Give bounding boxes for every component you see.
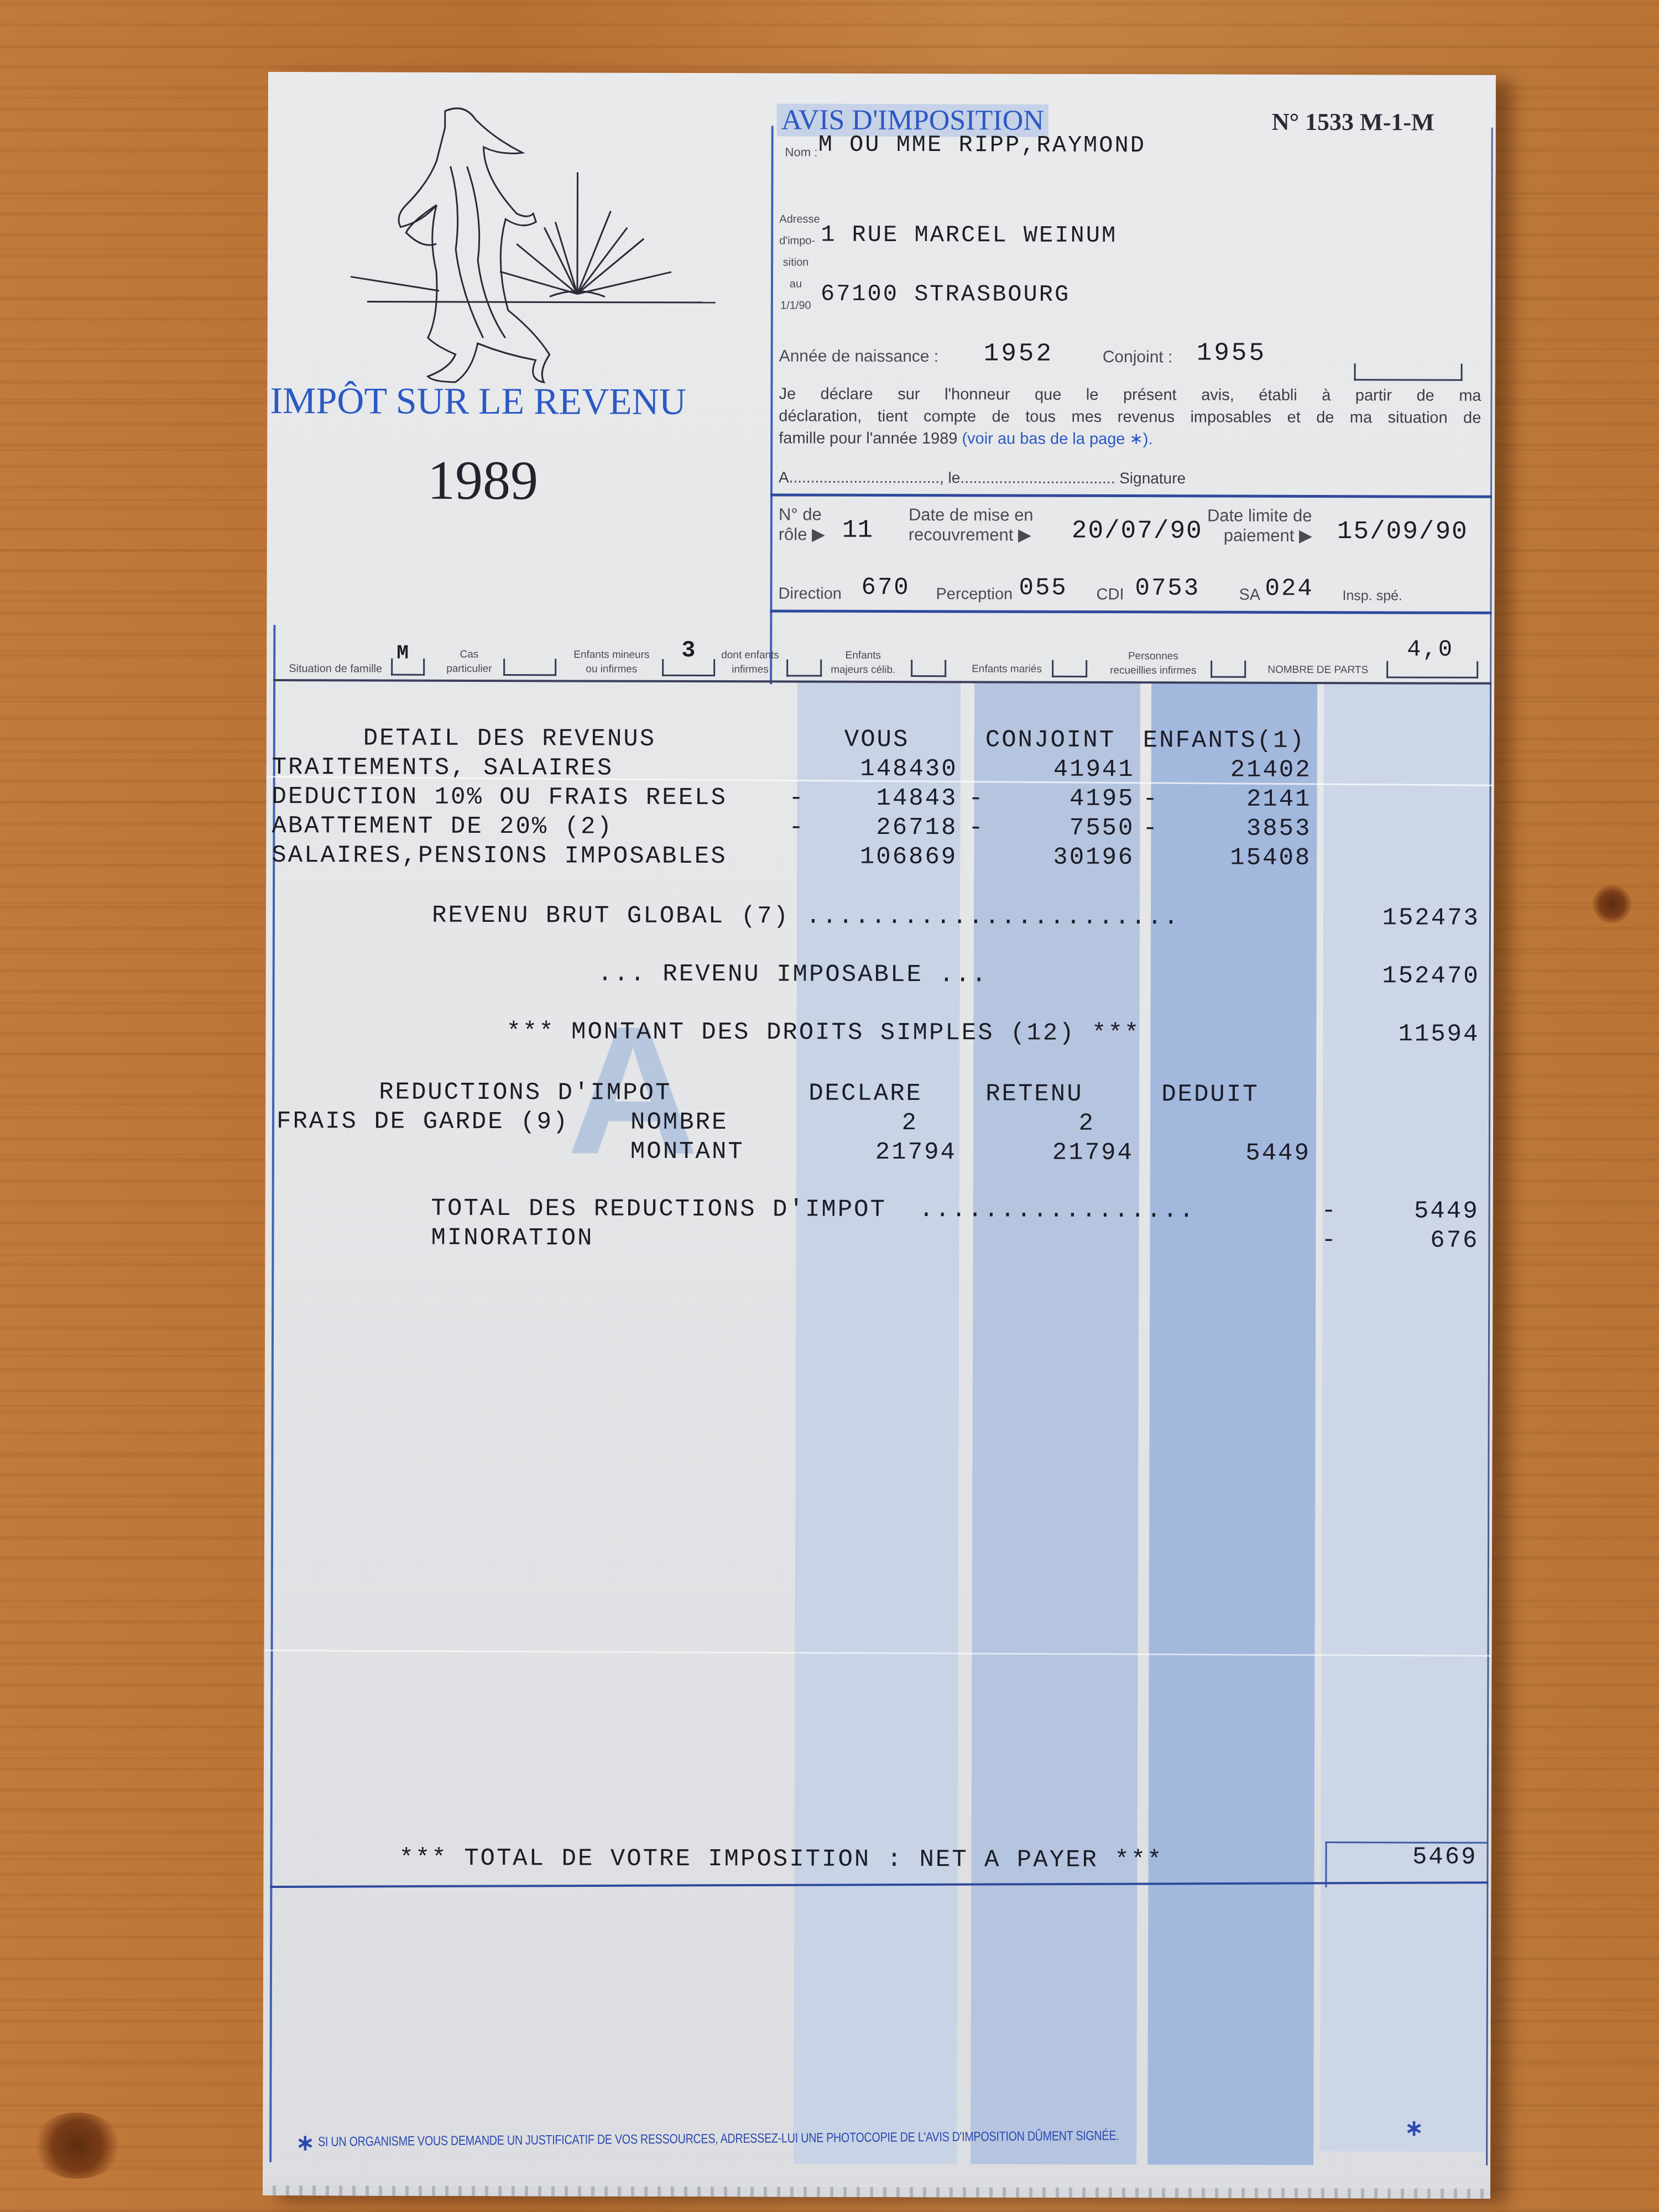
revenus-row: SALAIRES,PENSIONS IMPOSABLES 106869 3019… <box>268 72 1496 75</box>
cdi-code: 0753 <box>1135 575 1200 602</box>
minoration-label: MINORATION <box>431 1224 593 1253</box>
notice-number: N° 1533 M-1-M <box>1272 108 1434 137</box>
net-a-payer-value: 5469 <box>1350 1843 1477 1871</box>
nombre-label: NOMBRE <box>630 1109 728 1136</box>
col-header-vous: VOUS <box>844 726 910 754</box>
see-footnote-link: (voir au bas de la page ∗). <box>962 430 1152 448</box>
spouse-birth-label: Conjoint : <box>1103 348 1173 367</box>
signature-line: A..................................., le… <box>779 468 1186 487</box>
wood-knot <box>1593 885 1631 924</box>
avis-box-divider <box>770 493 1492 498</box>
reductions-title: REDUCTIONS D'IMPOT <box>379 1079 671 1107</box>
asterisk-icon: ∗ <box>296 2131 315 2155</box>
enfants-mineurs-label: Enfants mineurs ou infirmes <box>573 648 649 676</box>
nombre-retenu: 2 <box>1018 1110 1095 1138</box>
enfants-majeurs-box <box>911 660 946 677</box>
personnes-recueillies-label: Personnes recueillies infirmes <box>1110 649 1196 678</box>
montant-label: MONTANT <box>630 1138 744 1166</box>
situation-famille-label: Situation de famille <box>289 662 382 675</box>
minoration-sign: - <box>1321 1227 1338 1254</box>
mise-en-recouvrement-label: Date de mise en recouvrement ▶ <box>909 505 1034 545</box>
enfants-infirmes-box <box>786 659 822 676</box>
personnes-recueillies-box <box>1211 660 1246 677</box>
montant-declare: 21794 <box>841 1139 957 1167</box>
revenus-row: ABATTEMENT DE 20% (2) - 26718 - 7550 - 3… <box>268 72 1496 75</box>
address-line-1: 1 RUE MARCEL WEINUM <box>821 222 1117 249</box>
nombre-parts-value: 4,0 <box>1407 636 1454 662</box>
situation-famille-box <box>391 659 425 676</box>
nombre-declare: 2 <box>841 1109 918 1137</box>
avis-box-right-border <box>1490 128 1493 686</box>
droits-simples-label: *** MONTANT DES DROITS SIMPLES (12) *** <box>506 1018 1140 1047</box>
cas-particulier-box <box>503 659 556 676</box>
date-limite-label: Date limite de paiement ▶ <box>1207 505 1312 545</box>
avis-box-bottom <box>770 609 1491 614</box>
revenus-row: TRAITEMENTS, SALAIRES 148430 41941 21402 <box>268 72 1496 75</box>
wood-knot <box>33 2112 122 2179</box>
direction-code: 670 <box>861 574 910 602</box>
address-line-2: 67100 STRASBOURG <box>821 281 1070 308</box>
enfants-majeurs-label: Enfants majeurs célib. <box>831 649 895 677</box>
col-header-enfants: ENFANTS(1) <box>1143 727 1306 755</box>
direction-label: Direction <box>778 585 842 603</box>
honor-declaration: Je déclare sur l'honneur que le présent … <box>779 383 1481 451</box>
enfants-maries-box <box>1052 660 1087 677</box>
total-reductions-sign: - <box>1322 1197 1338 1225</box>
perception-label: Perception <box>936 585 1013 603</box>
total-reductions-label: TOTAL DES REDUCTIONS D'IMPOT ...........… <box>431 1195 1196 1225</box>
semeuse-emblem-icon <box>317 94 716 394</box>
tax-year: 1989 <box>427 448 538 513</box>
address-label: Adresse d'impo- sition au 1/1/90 <box>779 208 813 316</box>
montant-deduit: 5449 <box>1194 1139 1311 1167</box>
col-header-deduit: DEDUIT <box>1161 1081 1259 1108</box>
role-number: 11 <box>842 516 873 545</box>
spouse-birth-year: 1955 <box>1197 338 1267 367</box>
revenus-section-title: DETAIL DES REVENUS <box>363 724 656 753</box>
revenu-imposable-value: 152470 <box>1353 962 1480 990</box>
col-header-declare: DECLARE <box>808 1080 922 1108</box>
column-band-totals <box>1320 683 1490 2152</box>
enfants-infirmes-label: dont enfants infirmes <box>721 648 779 677</box>
name-label: Nom : <box>785 145 818 159</box>
revenu-imposable-label: ... REVENU IMPOSABLE ... <box>598 961 988 989</box>
perception-code: 055 <box>1019 575 1067 602</box>
revenus-row: DEDUCTION 10% OU FRAIS REELS - 14843 - 4… <box>268 72 1496 75</box>
tax-notice-document: A IMPÔT SUR LE REVENU 1989 AVIS D'IMPOSI… <box>263 72 1496 2199</box>
col-header-retenu: RETENU <box>985 1080 1083 1108</box>
cas-particulier-label: Cas particulier <box>446 648 492 676</box>
sa-label: SA <box>1239 586 1260 604</box>
tax-type-title: IMPÔT SUR LE REVENU <box>270 379 686 424</box>
col-header-conjoint: CONJOINT <box>985 726 1115 754</box>
net-a-payer-label: *** TOTAL DE VOTRE IMPOSITION : NET A PA… <box>399 1845 1163 1875</box>
asterisk-icon: ∗ <box>1405 2115 1423 2141</box>
footnote-text: SI UN ORGANISME VOUS DEMANDE UN JUSTIFIC… <box>318 2128 1119 2150</box>
date-limite-paiement: 15/09/90 <box>1337 517 1468 546</box>
nombre-parts-box <box>1386 661 1478 678</box>
perforated-edge <box>263 2185 1490 2199</box>
blank-box <box>1354 363 1463 381</box>
sa-code: 024 <box>1265 575 1313 603</box>
birth-year-label: Année de naissance : <box>779 347 939 366</box>
nombre-parts-label: NOMBRE DE PARTS <box>1267 664 1368 676</box>
insp-spe-label: Insp. spé. <box>1342 588 1402 604</box>
birth-year: 1952 <box>984 339 1054 368</box>
revenu-brut-global-value: 152473 <box>1353 904 1480 932</box>
enfants-maries-label: Enfants mariés <box>972 663 1042 675</box>
frais-de-garde-label: FRAIS DE GARDE (9) <box>276 1108 569 1136</box>
mise-en-recouvrement-date: 20/07/90 <box>1072 517 1203 546</box>
enfants-mineurs-box <box>662 659 715 676</box>
cdi-label: CDI <box>1096 586 1124 604</box>
revenu-brut-global-label: REVENU BRUT GLOBAL (7) .................… <box>432 902 1180 932</box>
montant-retenu: 21794 <box>1020 1139 1134 1167</box>
taxpayer-name: M OU MME RIPP,RAYMOND <box>818 132 1146 159</box>
avis-box-left-border <box>770 126 774 684</box>
footnote: ∗ SI UN ORGANISME VOUS DEMANDE UN JUSTIF… <box>296 2122 1295 2156</box>
total-reductions-value: 5449 <box>1352 1197 1479 1225</box>
role-label: N° de rôle ▶ <box>779 504 825 544</box>
droits-simples-value: 11594 <box>1352 1020 1479 1048</box>
minoration-value: 676 <box>1352 1227 1479 1255</box>
